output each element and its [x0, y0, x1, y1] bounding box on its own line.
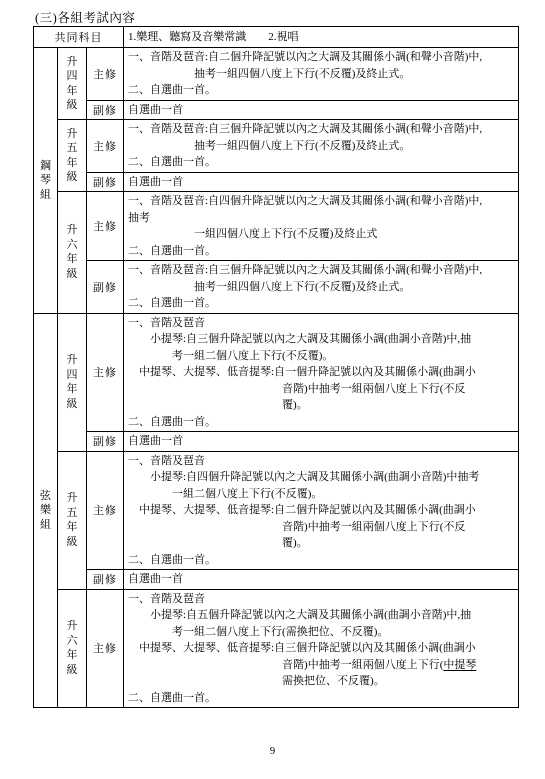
strings-g5-minor-row: 副修 自選曲一首 — [34, 570, 519, 590]
exam-content-table: 共同科目 1.樂理、聽寫及音樂常識 2.視唱 鋼 琴 組 升 四 年 級 主修 … — [33, 26, 519, 708]
group-label-strings: 弦 樂 組 — [34, 313, 58, 708]
minor-label: 副修 — [87, 172, 124, 192]
exam-content-piano-g4-minor: 自選曲一首 — [124, 100, 519, 120]
exam-content-piano-g6-major: 一、音階及琶音:自四個升降記號以內之大調及其關係小調(和聲小音階)中, 抽考 一… — [124, 192, 519, 261]
piano-g4-minor-row: 副修 自選曲一首 — [34, 100, 519, 120]
strings-g4-major-row: 弦 樂 組 升 四 年 級 主修 一、音階及琶音 小提琴:自三個升降記號以內之大… — [34, 313, 519, 432]
grade-label-piano-5: 升 五 年 級 — [58, 120, 87, 192]
sheet: (三)各組考試內容 共同科目 1.樂理、聽寫及音樂常識 2.視唱 鋼 琴 組 升… — [0, 0, 545, 779]
exam-content-strings-g5-major: 一、音階及琶音 小提琴:自四個升降記號以內之大調及其關係小調(曲調小音階)中抽考… — [124, 451, 519, 570]
minor-label: 副修 — [87, 432, 124, 452]
piano-g6-minor-row: 副修 一、音階及琶音:自三個升降記號以內之大調及其關係小調(和聲小音階)中, 抽… — [34, 261, 519, 314]
minor-label: 副修 — [87, 261, 124, 314]
piano-g6-major-row: 升 六 年 級 主修 一、音階及琶音:自四個升降記號以內之大調及其關係小調(和聲… — [34, 192, 519, 261]
minor-label: 副修 — [87, 100, 124, 120]
piano-g4-major-row: 鋼 琴 組 升 四 年 級 主修 一、音階及琶音:自二個升降記號以內之大調及其關… — [34, 48, 519, 101]
common-subjects-value: 1.樂理、聽寫及音樂常識 2.視唱 — [124, 27, 519, 48]
exam-content-strings-g5-minor: 自選曲一首 — [124, 570, 519, 590]
major-label: 主修 — [87, 451, 124, 570]
underlined-text: 中提琴 — [443, 659, 476, 671]
major-label: 主修 — [87, 589, 124, 708]
strings-g5-major-row: 升 五 年 級 主修 一、音階及琶音 小提琴:自四個升降記號以內之大調及其關係小… — [34, 451, 519, 570]
grade-label-piano-4: 升 四 年 級 — [58, 48, 87, 120]
exam-content-piano-g4-major: 一、音階及琶音:自二個升降記號以內之大調及其關係小調(和聲小音階)中, 抽考一組… — [124, 48, 519, 101]
major-label: 主修 — [87, 192, 124, 261]
exam-content-piano-g5-major: 一、音階及琶音:自三個升降記號以內之大調及其關係小調(和聲小音階)中, 抽考一組… — [124, 120, 519, 173]
piano-g5-major-row: 升 五 年 級 主修 一、音階及琶音:自三個升降記號以內之大調及其關係小調(和聲… — [34, 120, 519, 173]
piano-g5-minor-row: 副修 自選曲一首 — [34, 172, 519, 192]
major-label: 主修 — [87, 48, 124, 101]
exam-content-piano-g5-minor: 自選曲一首 — [124, 172, 519, 192]
exam-content-piano-g6-minor: 一、音階及琶音:自三個升降記號以內之大調及其關係小調(和聲小音階)中, 抽考一組… — [124, 261, 519, 314]
grade-label-strings-4: 升 四 年 級 — [58, 313, 87, 451]
strings-g6-major-row: 升 六 年 級 主修 一、音階及琶音 小提琴:自五個升降記號以內之大調及其關係小… — [34, 589, 519, 708]
grade-label-strings-6: 升 六 年 級 — [58, 589, 87, 708]
exam-content-strings-g4-major: 一、音階及琶音 小提琴:自三個升降記號以內之大調及其關係小調(曲調小音階)中,抽… — [124, 313, 519, 432]
document-page: { "document": { "title": "(三)各組考試內容", "p… — [0, 0, 545, 779]
content-text: 需換把位、不反覆)。 二、自選曲一首。 — [128, 675, 385, 704]
common-subjects-row: 共同科目 1.樂理、聽寫及音樂常識 2.視唱 — [34, 27, 519, 48]
exam-content-strings-g6-major: 一、音階及琶音 小提琴:自五個升降記號以內之大調及其關係小調(曲調小音階)中,抽… — [124, 589, 519, 708]
page-number: 9 — [0, 746, 545, 757]
group-label-piano: 鋼 琴 組 — [34, 48, 58, 314]
grade-label-strings-5: 升 五 年 級 — [58, 451, 87, 589]
major-label: 主修 — [87, 120, 124, 173]
major-label: 主修 — [87, 313, 124, 432]
common-subjects-label: 共同科目 — [34, 27, 124, 48]
minor-label: 副修 — [87, 570, 124, 590]
grade-label-piano-6: 升 六 年 級 — [58, 192, 87, 314]
strings-g4-minor-row: 副修 自選曲一首 — [34, 432, 519, 452]
content-text: 一、音階及琶音 小提琴:自五個升降記號以內之大調及其關係小調(曲調小音階)中,抽… — [128, 593, 476, 671]
section-title: (三)各組考試內容 — [35, 8, 135, 26]
exam-content-strings-g4-minor: 自選曲一首 — [124, 432, 519, 452]
